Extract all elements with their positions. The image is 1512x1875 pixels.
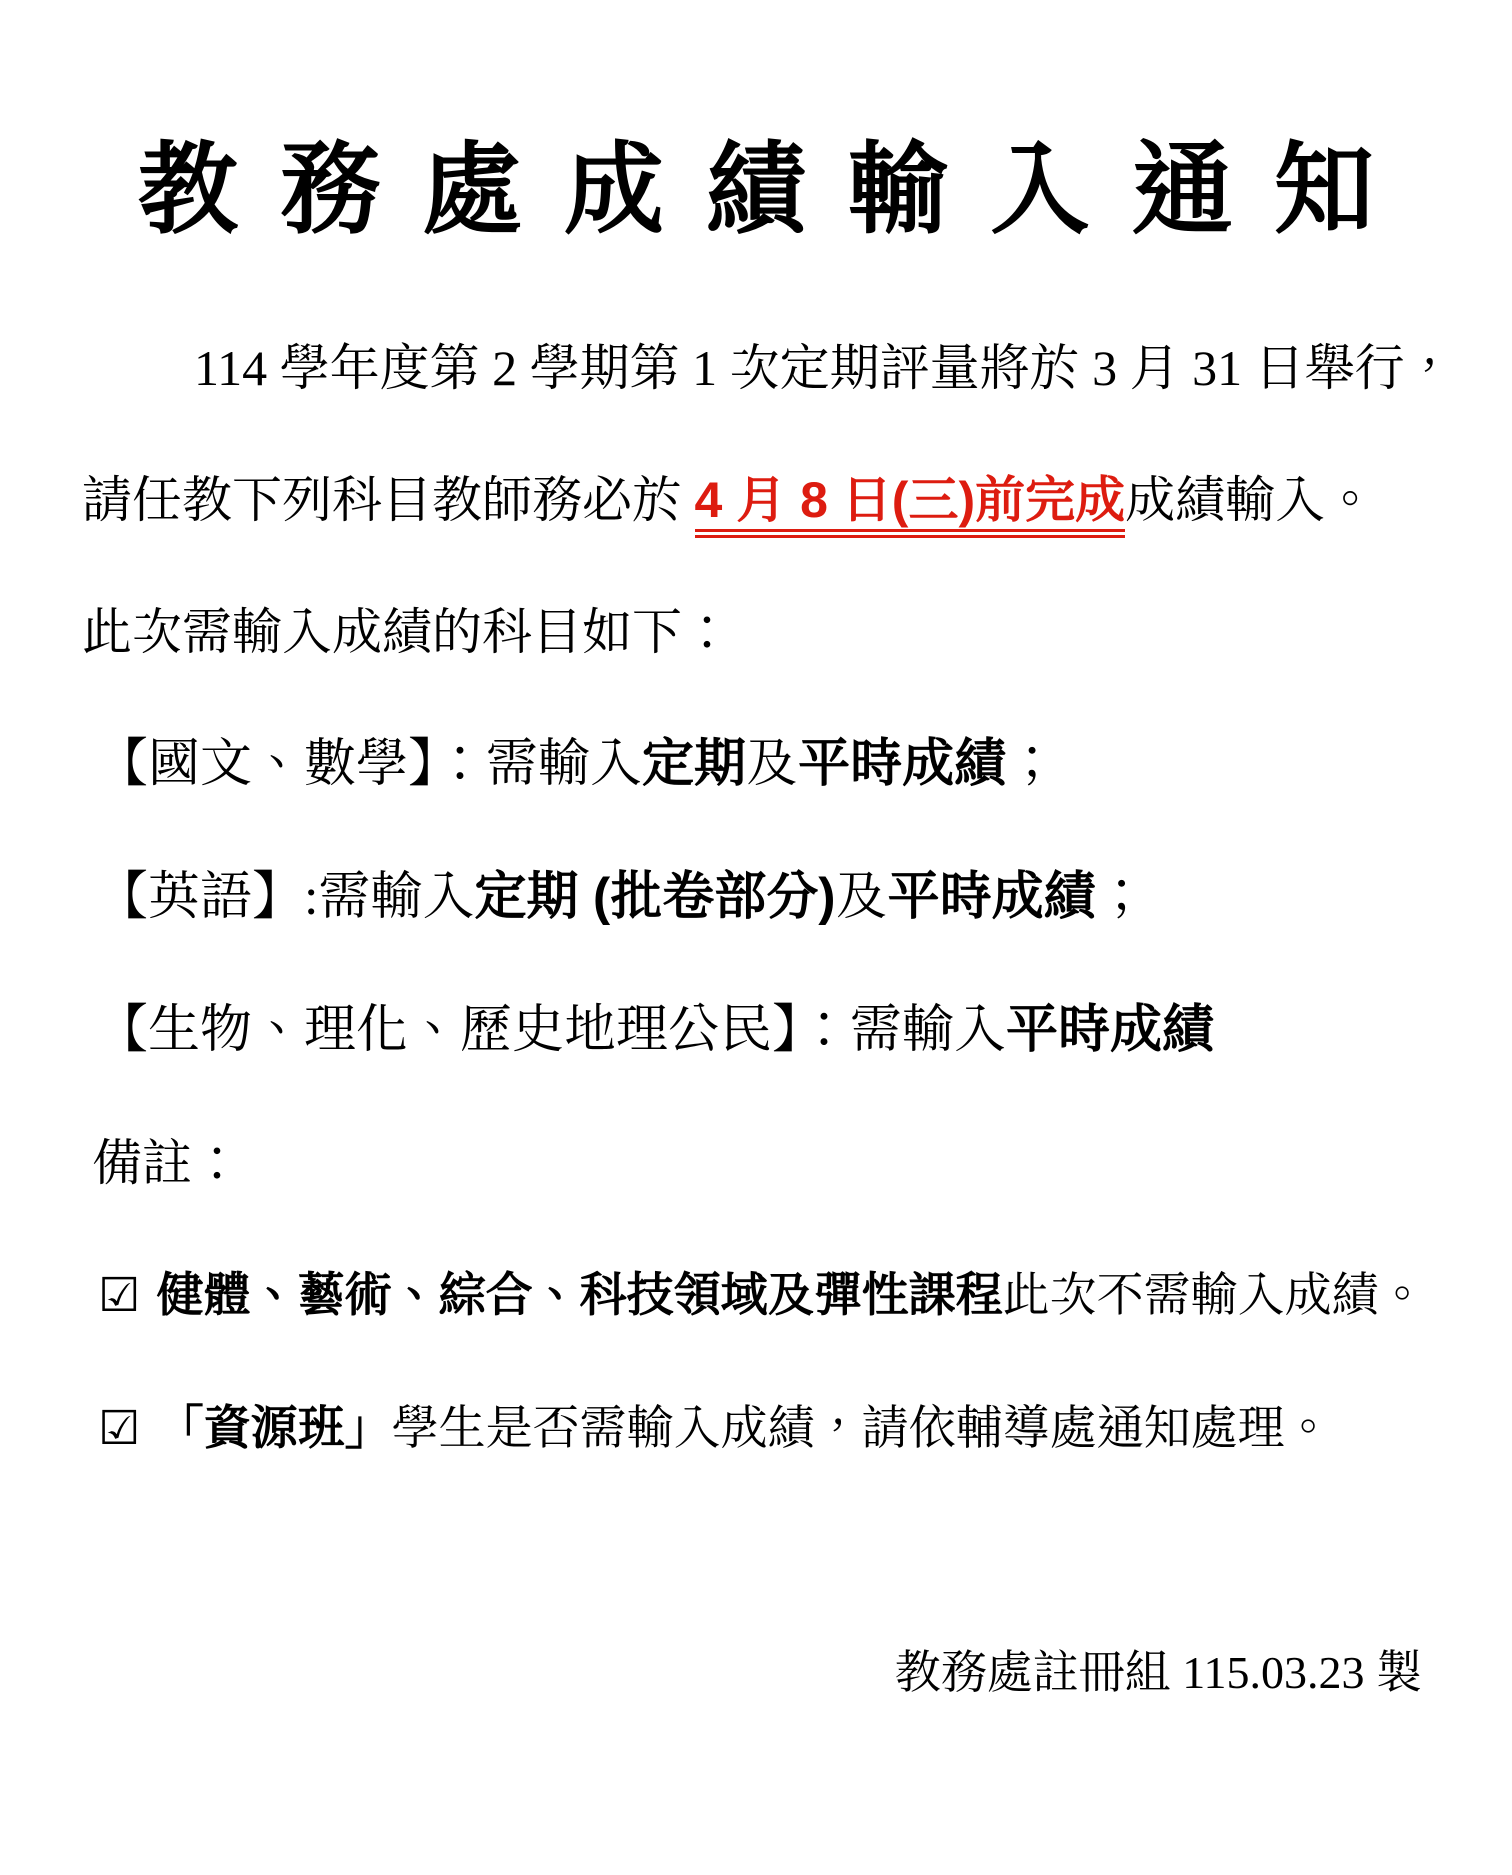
notice-document: 教務處成績輸入通知 114 學年度第 2 學期第 1 次定期評量將於 3 月 3… [0, 0, 1512, 1875]
subject1-pre: 需輸入 [486, 736, 642, 793]
subject-line-english: 【英語】:需輸入定期 (批卷部分)及平時成績； [82, 831, 1422, 964]
subject3-bracket: 【生物、理化、歷史地理公民】： [96, 1002, 850, 1059]
subject2-bracket: 【英語】: [96, 869, 318, 926]
subject2-mid: 及 [836, 869, 888, 926]
subject3-pre: 需輸入 [850, 1002, 1006, 1059]
notes-label: 備註： [82, 1097, 1422, 1229]
checked-checkbox-icon: ☑ [98, 1401, 140, 1456]
subject1-post: ； [1006, 736, 1058, 793]
subject2-bold-term: 定期 (批卷部分) [474, 868, 835, 926]
intro-line-1: 114 學年度第 2 學期第 1 次定期評量將於 3 月 31 日舉行， [82, 302, 1422, 434]
note-line-1: ☑健體、藝術、綜合、科技領域及彈性課程此次不需輸入成績。 [82, 1229, 1422, 1362]
note-line-2: ☑「資源班」學生是否需輸入成績，請依輔導處通知處理。 [82, 1362, 1422, 1495]
subjects-intro: 此次需輸入成績的科目如下： [82, 566, 1422, 698]
subject3-bold-term: 平時成績 [1006, 1001, 1214, 1059]
subject1-mid: 及 [746, 736, 798, 793]
subject-line-chinese-math: 【國文、數學】：需輸入定期及平時成績； [82, 698, 1422, 831]
intro-line-2-post: 成績輸入。 [1125, 472, 1375, 528]
subject1-bracket: 【國文、數學】： [96, 736, 486, 793]
subject1-bold-term-2: 平時成績 [798, 735, 1006, 793]
subject2-post: ； [1096, 869, 1148, 926]
page-title: 教務處成績輸入通知 [0, 0, 1512, 266]
checked-checkbox-icon: ☑ [98, 1268, 140, 1323]
intro-line-2-pre: 請任教下列科目教師務必於 [82, 472, 695, 528]
deadline-highlight: 4 月 8 日(三)前完成 [695, 472, 1126, 538]
note1-bold-subjects: 健體、藝術、綜合、科技領域及彈性課程 [157, 1268, 1003, 1321]
note2-bold-resource-class: 「資源班」 [157, 1401, 392, 1454]
notice-body: 114 學年度第 2 學期第 1 次定期評量將於 3 月 31 日舉行， 請任教… [0, 302, 1512, 1739]
subject2-pre: 需輸入 [318, 869, 474, 926]
note2-rest: 學生是否需輸入成績，請依輔導處通知處理。 [392, 1403, 1332, 1455]
subject1-bold-term: 定期 [642, 735, 746, 793]
footer-credit: 教務處註冊組 115.03.23 製 [82, 1607, 1422, 1739]
intro-line-2: 請任教下列科目教師務必於 4 月 8 日(三)前完成成績輸入。 [82, 434, 1422, 566]
subject-line-science-social: 【生物、理化、歷史地理公民】：需輸入平時成績 [82, 964, 1422, 1097]
subject2-bold-term-2: 平時成績 [888, 868, 1096, 926]
note1-rest: 此次不需輸入成績。 [1003, 1270, 1426, 1322]
